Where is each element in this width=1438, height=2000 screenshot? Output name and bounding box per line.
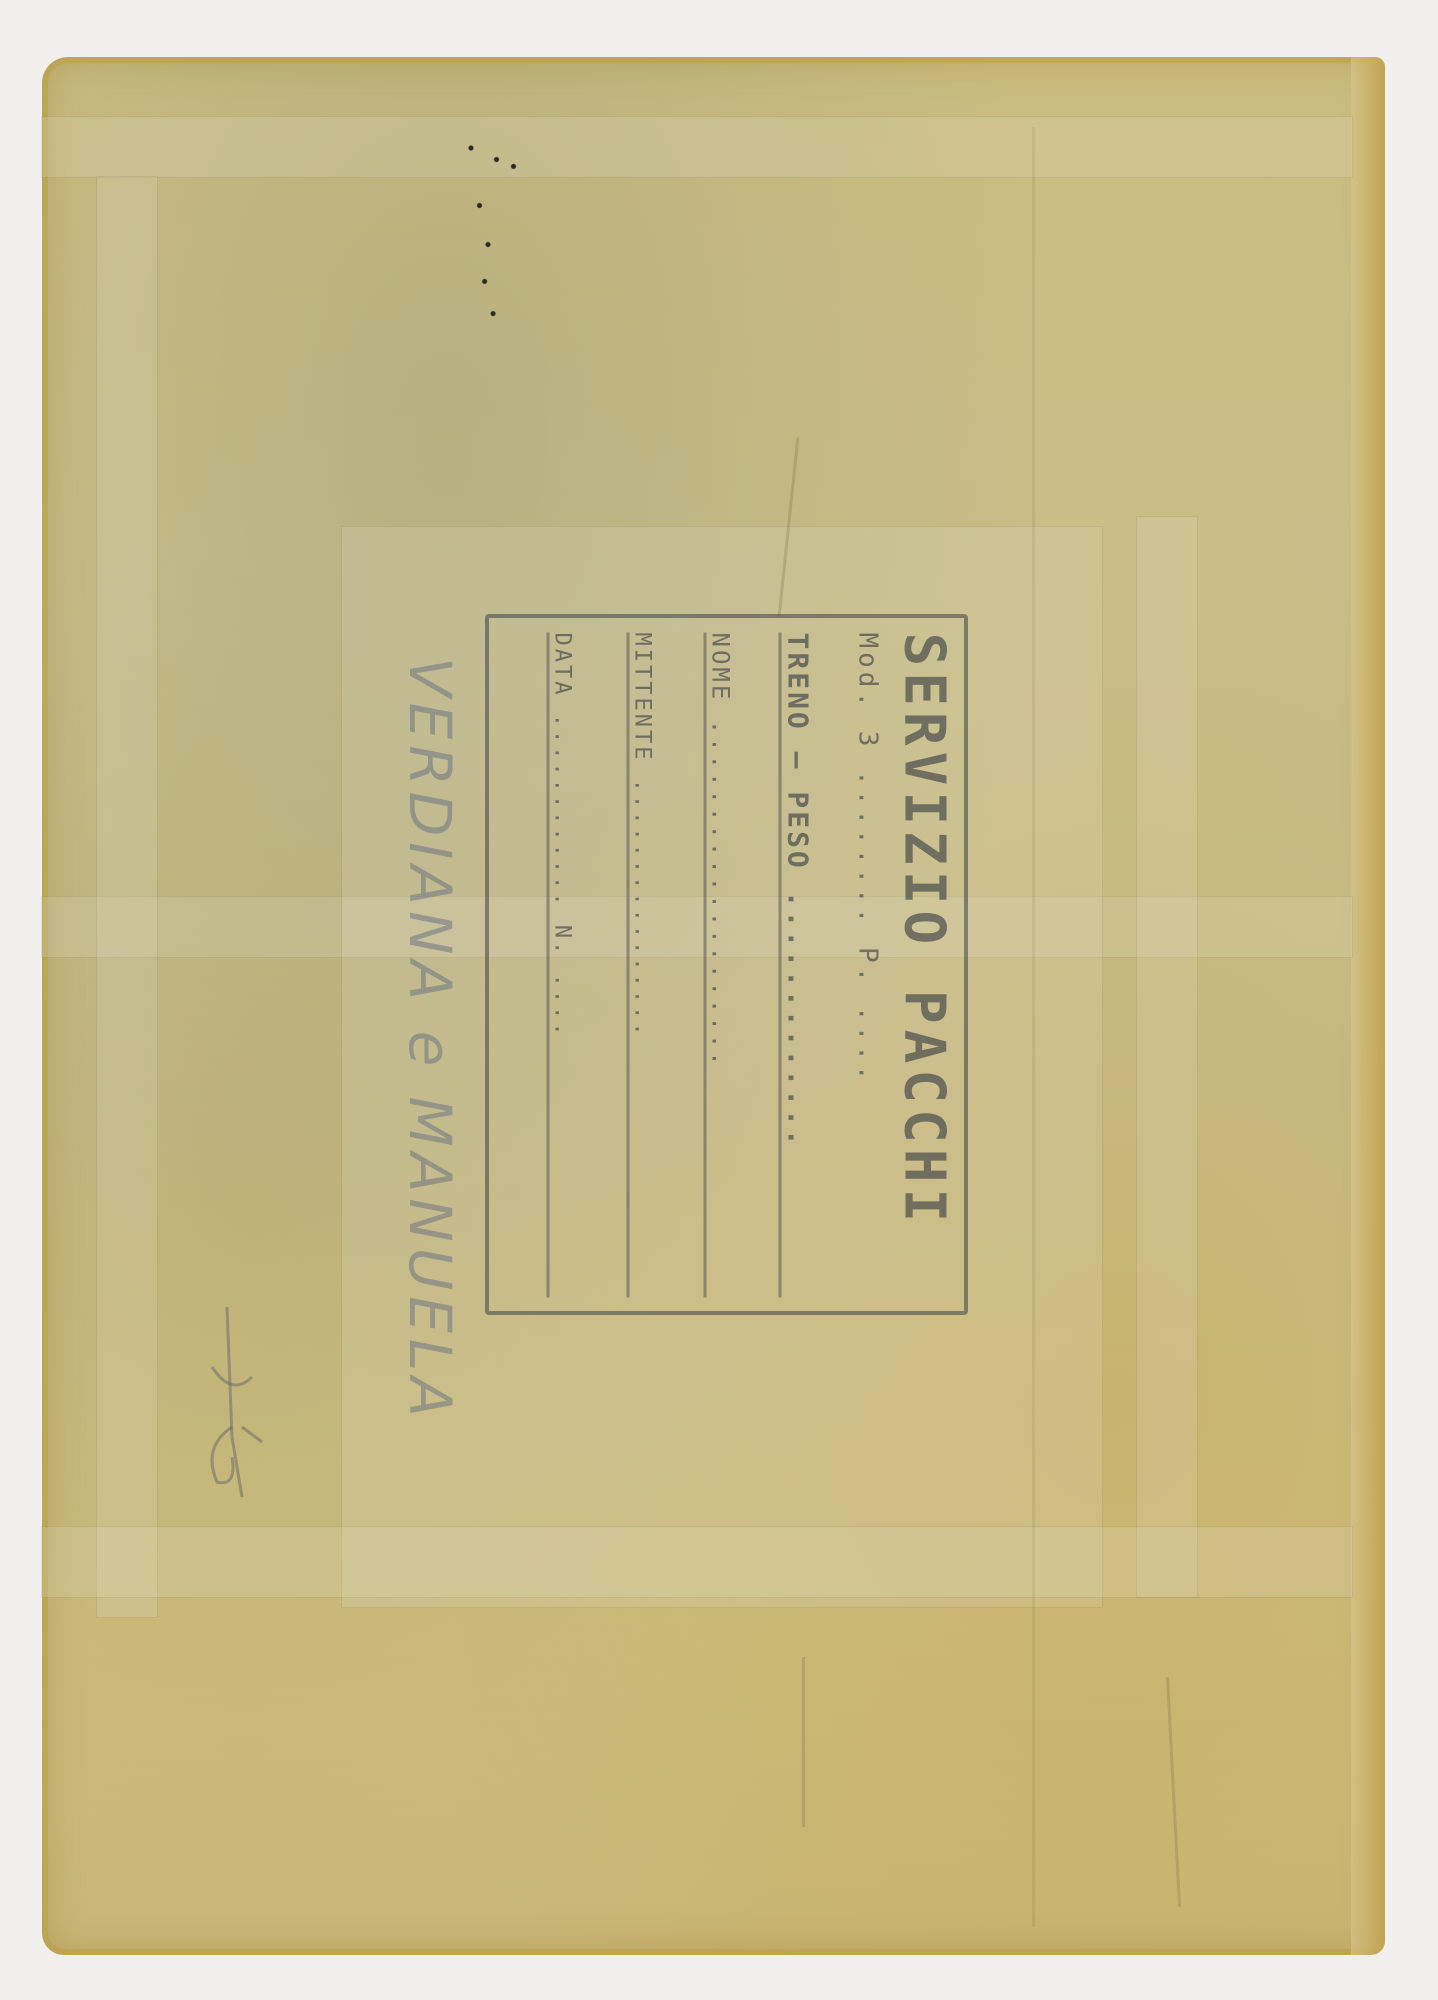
stamp-line-model: Mod. 3 ........ P. .... bbox=[852, 632, 882, 1297]
parcel-side-edge bbox=[1351, 57, 1385, 1955]
tape-strip-bottom bbox=[42, 1527, 1352, 1597]
parcel-box: SERVIZIO PACCHI Mod. 3 ........ P. .... … bbox=[42, 57, 1385, 1955]
pencil-handwriting: VERDIANA e MANUELA bbox=[394, 657, 464, 1557]
stamp-line-name: NOME .................... bbox=[703, 632, 734, 1297]
stamp-title: SERVIZIO PACCHI bbox=[891, 632, 956, 1297]
stamp-line-date: DATA ............ N. .... bbox=[546, 632, 574, 1297]
parcel-service-stamp: SERVIZIO PACCHI Mod. 3 ........ P. .... … bbox=[485, 614, 968, 1315]
tape-strip-left bbox=[97, 177, 157, 1617]
tape-strip-right bbox=[1137, 517, 1197, 1597]
pencil-monogram-icon bbox=[202, 1307, 272, 1507]
paper-fold bbox=[1032, 127, 1035, 1927]
tape-strip-top bbox=[42, 117, 1352, 177]
paper-fold bbox=[1166, 1677, 1181, 1907]
ink-speckles bbox=[437, 102, 607, 332]
stamp-line-train-weight: TRENO – PESO ............. bbox=[778, 632, 814, 1297]
stamp-line-sender: MITTENTE ................ bbox=[626, 632, 654, 1297]
paper-fold bbox=[802, 1657, 805, 1827]
